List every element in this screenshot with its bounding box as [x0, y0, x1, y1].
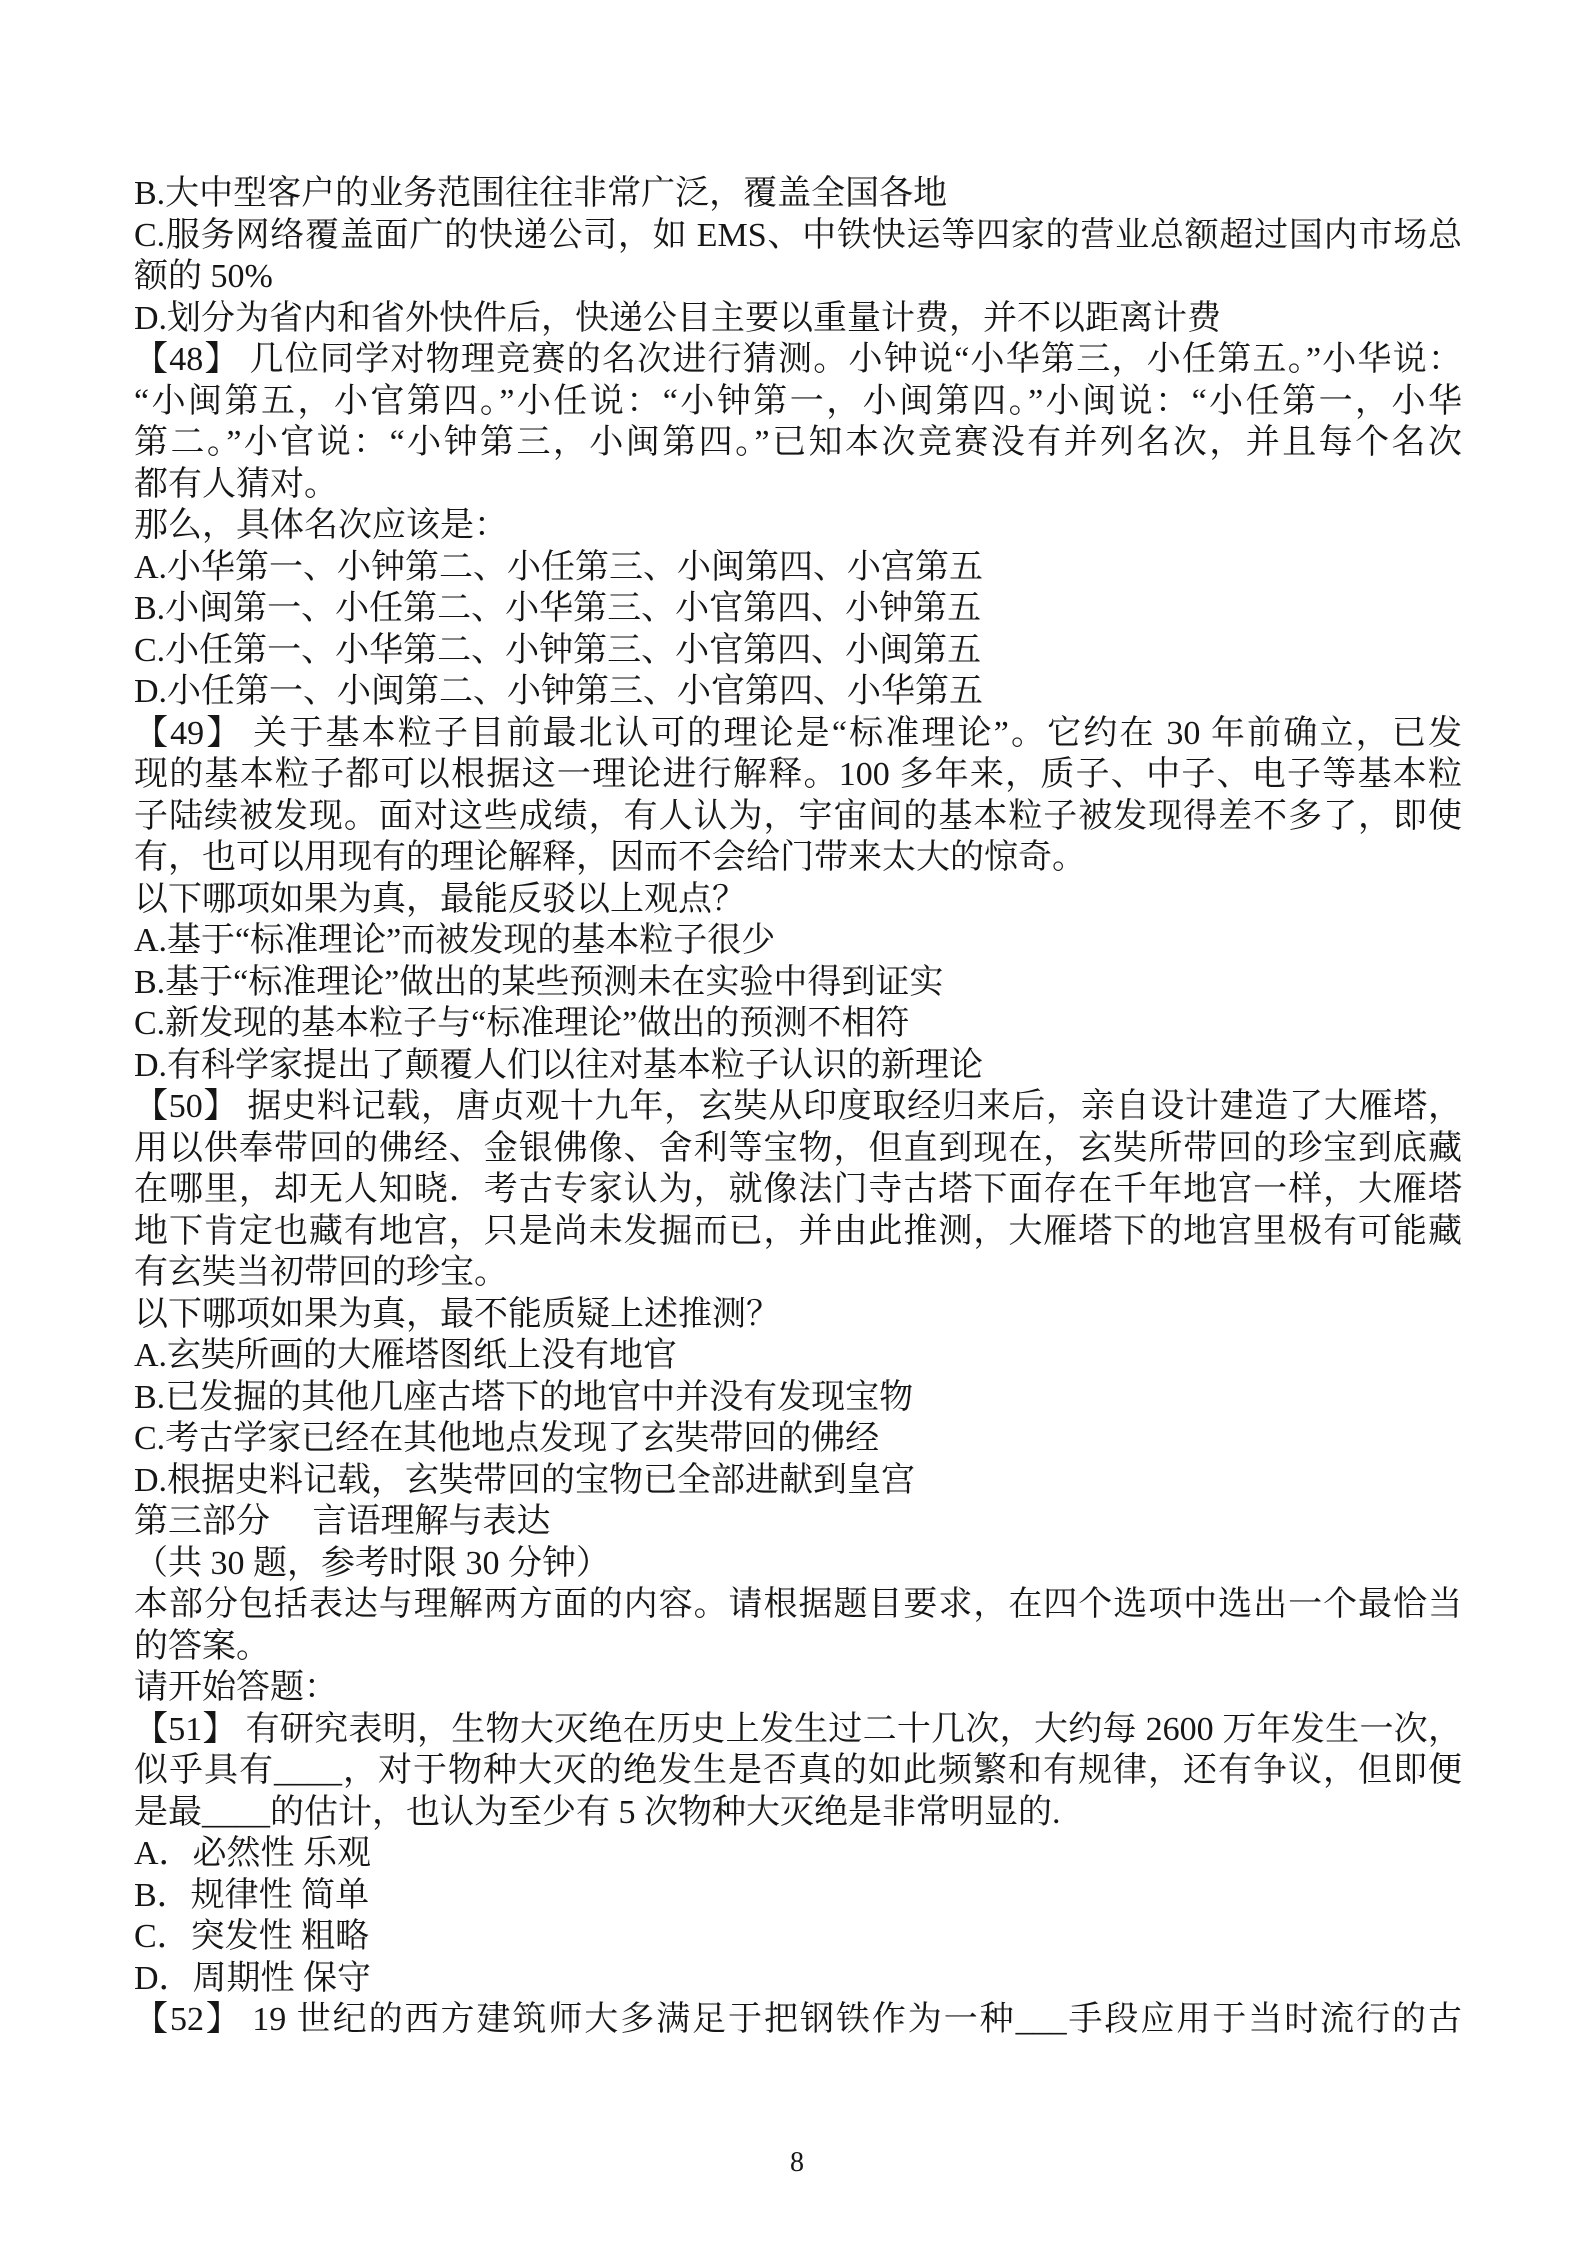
text-line: 子陆续被发现。面对这些成绩，有人认为，宇宙间的基本粒子被发现得差不多了，即使 [134, 796, 1462, 838]
text-line: 有玄奘当初带回的珍宝。 [134, 1252, 1462, 1294]
text-line: C．突发性 粗略 [134, 1916, 1462, 1958]
text-line: 用以供奉带回的佛经、金银佛像、舍利等宝物，但直到现在，玄奘所带回的珍宝到底藏 [134, 1128, 1462, 1170]
text-line: 第二。”小官说：“小钟第三，小闽第四。”已知本次竞赛没有并列名次，并且每个名次 [134, 422, 1462, 464]
text-line: 第三部分 言语理解与表达 [134, 1501, 1462, 1543]
text-line: 请开始答题： [134, 1667, 1462, 1709]
text-line: 以下哪项如果为真，最能反驳以上观点？ [134, 879, 1462, 921]
text-line: 似乎具有____，对于物种大灭的绝发生是否真的如此频繁和有规律，还有争议，但即便 [134, 1750, 1462, 1792]
text-line: 那么，具体名次应该是： [134, 505, 1462, 547]
text-line: 现的基本粒子都可以根据这一理论进行解释。100 多年来，质子、中子、电子等基本粒 [134, 754, 1462, 796]
text-line: C.新发现的基本粒子与“标准理论”做出的预测不相符 [134, 1003, 1462, 1045]
text-line: D.根据史料记载，玄奘带回的宝物已全部进献到皇宫 [134, 1460, 1462, 1502]
text-line: 的答案。 [134, 1626, 1462, 1668]
text-line: “小闽第五，小官第四。”小任说：“小钟第一，小闽第四。”小闽说：“小任第一，小华 [134, 381, 1462, 423]
document-lines: B.大中型客户的业务范围往往非常广泛，覆盖全国各地C.服务网络覆盖面广的快递公司… [134, 173, 1462, 2041]
text-line: 都有人猜对。 [134, 464, 1462, 506]
text-line: C.小任第一、小华第二、小钟第三、小官第四、小闽第五 [134, 630, 1462, 672]
text-line: 本部分包括表达与理解两方面的内容。请根据题目要求，在四个选项中选出一个最恰当 [134, 1584, 1462, 1626]
text-line: D.划分为省内和省外快件后，快递公目主要以重量计费，并不以距离计费 [134, 298, 1462, 340]
text-line: 有，也可以用现有的理论解释，因而不会给门带来太大的惊奇。 [134, 837, 1462, 879]
text-line: A.玄奘所画的大雁塔图纸上没有地官 [134, 1335, 1462, 1377]
text-line: B．规律性 简单 [134, 1875, 1462, 1917]
text-line: A．必然性 乐观 [134, 1833, 1462, 1875]
text-line: B.大中型客户的业务范围往往非常广泛，覆盖全国各地 [134, 173, 1462, 215]
text-line: 是最____的估计，也认为至少有 5 次物种大灭绝是非常明显的. [134, 1792, 1462, 1834]
text-line: 【48】 几位同学对物理竞赛的名次进行猜测。小钟说“小华第三，小任第五。”小华说… [134, 339, 1462, 381]
text-line: D．周期性 保守 [134, 1958, 1462, 2000]
text-line: 【51】 有研究表明，生物大灭绝在历史上发生过二十几次，大约每 2600 万年发… [134, 1709, 1462, 1751]
text-line: C.服务网络覆盖面广的快递公司，如 EMS、中铁快运等四家的营业总额超过国内市场… [134, 215, 1462, 257]
text-line: A.基于“标准理论”而被发现的基本粒子很少 [134, 920, 1462, 962]
text-line: 【52】 19 世纪的西方建筑师大多满足于把钢铁作为一种___手段应用于当时流行… [134, 1999, 1462, 2041]
text-line: 额的 50% [134, 256, 1462, 298]
text-line: C.考古学家已经在其他地点发现了玄奘带回的佛经 [134, 1418, 1462, 1460]
text-line: 在哪里，却无人知晓．考古专家认为，就像法门寺古塔下面存在千年地宫一样，大雁塔 [134, 1169, 1462, 1211]
text-line: 【50】 据史料记载，唐贞观十九年，玄奘从印度取经归来后，亲自设计建造了大雁塔， [134, 1086, 1462, 1128]
text-line: （共 30 题，参考时限 30 分钟） [134, 1543, 1462, 1585]
text-line: 【49】 关于基本粒子目前最北认可的理论是“标准理论”。它约在 30 年前确立，… [134, 713, 1462, 755]
text-line: B.基于“标准理论”做出的某些预测未在实验中得到证实 [134, 962, 1462, 1004]
page-number: 8 [0, 2146, 1594, 2180]
text-line: D.小任第一、小闽第二、小钟第三、小官第四、小华第五 [134, 671, 1462, 713]
text-line: B.小闽第一、小任第二、小华第三、小官第四、小钟第五 [134, 588, 1462, 630]
text-line: D.有科学家提出了颠覆人们以往对基本粒子认识的新理论 [134, 1045, 1462, 1087]
text-line: B.已发掘的其他几座古塔下的地官中并没有发现宝物 [134, 1377, 1462, 1419]
text-line: A.小华第一、小钟第二、小任第三、小闽第四、小宫第五 [134, 547, 1462, 589]
text-line: 以下哪项如果为真，最不能质疑上述推测？ [134, 1294, 1462, 1336]
text-line: 地下肯定也藏有地宫，只是尚未发掘而已，并由此推测，大雁塔下的地宫里极有可能藏 [134, 1211, 1462, 1253]
